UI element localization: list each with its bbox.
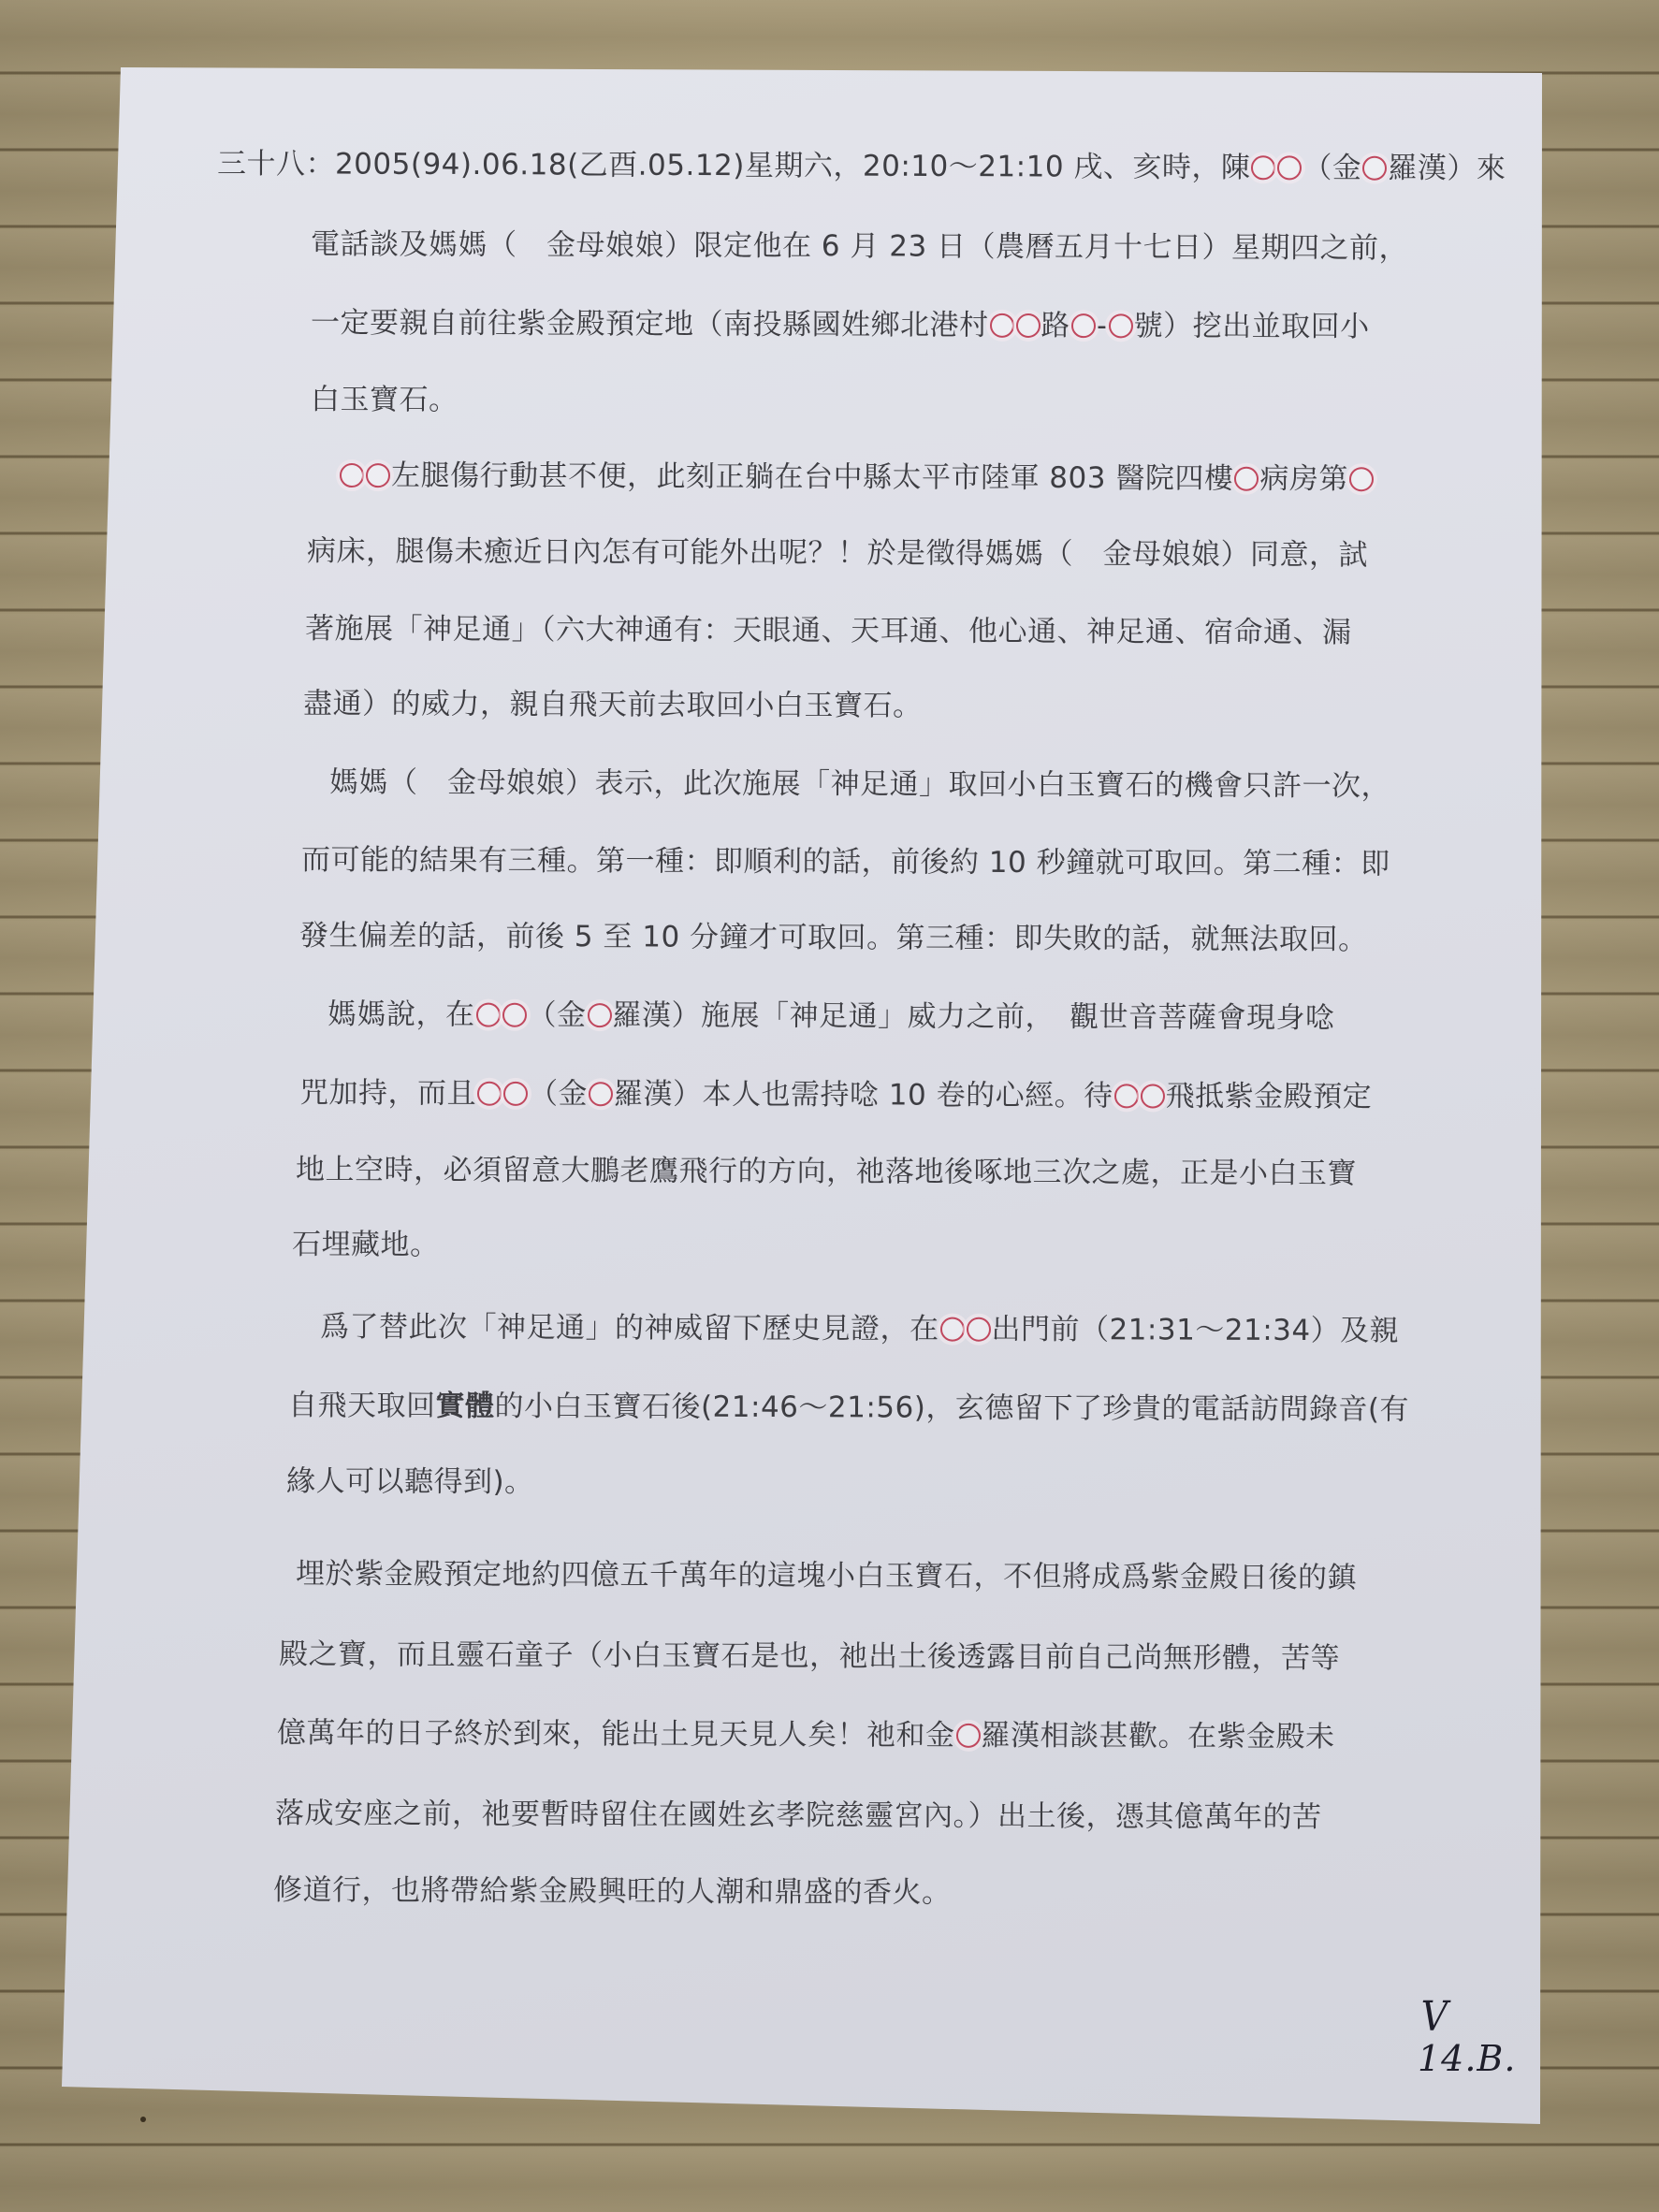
- handwritten-annotation: 14.B.: [1418, 2038, 1516, 2079]
- redaction-circle-icon: [955, 1724, 980, 1748]
- text-run: 億萬年的日子終於到來，能出土見天見人矣！祂和金: [277, 1716, 955, 1753]
- redaction-circle-icon: [366, 463, 390, 488]
- text-run: 石埋藏地。: [292, 1228, 440, 1262]
- text-run: -: [1097, 309, 1108, 342]
- redaction-circle-icon: [1141, 1084, 1165, 1108]
- text-run: 三十八：2005(94).06.18(乙酉.05.12)星期六，20:10～21…: [217, 147, 1251, 184]
- background-speck: [140, 2117, 146, 2122]
- paragraph-2-line-3: 著施展「神足通」（六大神通有：天眼通、天耳通、他心通、神足通、宿命通、漏: [305, 610, 1352, 651]
- text-run: 病床，腿傷未癒近日內怎有可能外出呢？！於是徵得媽媽（ 金母娘娘）同意，試: [307, 534, 1368, 572]
- paragraph-6-line-5: 修道行，也將帶給紫金殿興旺的人潮和鼎盛的香火。: [273, 1871, 952, 1912]
- text-run: 著施展「神足通」（六大神通有：天眼通、天耳通、他心通、神足通、宿命通、漏: [305, 612, 1352, 649]
- handwritten-check-mark: V: [1421, 1993, 1448, 2041]
- text-run: 路: [1041, 309, 1070, 342]
- redaction-circle-icon: [1234, 467, 1259, 491]
- redaction-circle-icon: [589, 1082, 613, 1106]
- text-run: 地上空時，必須留意大鵬老鷹飛行的方向，祂落地後啄地三次之處，正是小白玉寶: [296, 1153, 1357, 1190]
- paragraph-1-line-4: 白玉寶石。: [311, 381, 458, 419]
- paragraph-3-line-1: 媽媽（ 金母娘娘）表示，此次施展「神足通」取回小白玉寶石的機會只許一次，: [329, 764, 1390, 805]
- redaction-circle-icon: [477, 1082, 502, 1106]
- paragraph-6-line-1: 埋於紫金殿預定地約四億五千萬年的這塊小白玉寶石，不但將成爲紫金殿日後的鎮: [296, 1555, 1357, 1596]
- text-run: （金: [1302, 151, 1361, 184]
- text-run: （金: [527, 998, 586, 1032]
- redaction-circle-icon: [1251, 155, 1275, 180]
- text-run: 咒加持，而且: [299, 1076, 476, 1111]
- text-run: 盡通）的威力，親自飛天前去取回小白玉寶石。: [303, 687, 923, 723]
- text-run: 羅漢）來: [1388, 152, 1506, 185]
- text-run: 媽媽說，在: [327, 997, 475, 1032]
- text-run: 緣人可以聽得到)。: [286, 1464, 534, 1499]
- redaction-circle-icon: [340, 463, 364, 488]
- text-run: 電話談及媽媽（ 金母娘娘）限定他在 6 月 23 日（農曆五月十七日）星期四之前…: [311, 227, 1408, 266]
- text-run: 而可能的結果有三種。第一種：即順利的話，前後約 10 秒鐘就可取回。第二種：即: [301, 843, 1390, 880]
- redaction-circle-icon: [1071, 313, 1096, 338]
- text-run: 羅漢）本人也需持唸 10 卷的心經。待: [614, 1077, 1113, 1113]
- paragraph-4-line-3: 地上空時，必須留意大鵬老鷹飛行的方向，祂落地後啄地三次之處，正是小白玉寶: [296, 1151, 1357, 1192]
- text-run: 埋於紫金殿預定地約四億五千萬年的這塊小白玉寶石，不但將成爲紫金殿日後的鎮: [296, 1557, 1357, 1594]
- paragraph-2-line-4: 盡通）的威力，親自飛天前去取回小白玉寶石。: [303, 685, 923, 725]
- paragraph-5-line-3: 緣人可以聽得到)。: [286, 1463, 534, 1501]
- text-run: 發生偏差的話，前後 5 至 10 分鐘才可取回。第三種：即失敗的話，就無法取回。: [299, 919, 1368, 956]
- paragraph-5-line-2: 自飛天取回實體的小白玉寶石後(21:46～21:56)，玄德留下了珍貴的電話訪問…: [288, 1387, 1409, 1429]
- text-run: 左腿傷行動甚不便，此刻正躺在台中縣太平市陸軍 803 醫院四樓: [391, 458, 1234, 495]
- paragraph-1-line-3: 一定要親自前往紫金殿預定地（南投縣國姓鄉北港村路-號）挖出並取回小: [311, 304, 1370, 345]
- paragraph-3-line-2: 而可能的結果有三種。第一種：即順利的話，前後約 10 秒鐘就可取回。第二種：即: [301, 841, 1390, 882]
- paragraph-3-line-3: 發生偏差的話，前後 5 至 10 分鐘才可取回。第三種：即失敗的話，就無法取回。: [299, 917, 1368, 958]
- text-run: 出門前（21:31～21:34）及親: [991, 1313, 1399, 1348]
- paragraph-1-line-2: 電話談及媽媽（ 金母娘娘）限定他在 6 月 23 日（農曆五月十七日）星期四之前…: [311, 226, 1408, 268]
- redaction-circle-icon: [1015, 313, 1040, 338]
- text-run: 病房第: [1259, 462, 1348, 496]
- paragraph-4-line-4: 石埋藏地。: [292, 1226, 440, 1264]
- redaction-circle-icon: [989, 313, 1013, 338]
- text-run: 自飛天取回: [288, 1389, 436, 1423]
- text-run: 飛抵紫金殿預定: [1166, 1080, 1373, 1114]
- paragraph-4-line-1: 媽媽說，在（金羅漢）施展「神足通」威力之前， 觀世音菩薩會現身唸: [327, 996, 1335, 1037]
- paragraph-4-line-2: 咒加持，而且（金羅漢）本人也需持唸 10 卷的心經。待飛抵紫金殿預定: [299, 1074, 1372, 1115]
- paragraph-2-line-2: 病床，腿傷未癒近日內怎有可能外出呢？！於是徵得媽媽（ 金母娘娘）同意，試: [307, 532, 1368, 574]
- text-run: 的小白玉寶石後(21:46～21:56)，玄德留下了珍貴的電話訪問錄音(有: [494, 1390, 1409, 1427]
- bold-text-run: 實體: [435, 1390, 494, 1423]
- text-run: 一定要親自前往紫金殿預定地（南投縣國姓鄉北港村: [311, 306, 989, 342]
- text-run: 媽媽（ 金母娘娘）表示，此次施展「神足通」取回小白玉寶石的機會只許一次，: [329, 765, 1390, 803]
- redaction-circle-icon: [939, 1317, 964, 1342]
- paragraph-5-line-1: 爲了替此次「神足通」的神威留下歷史見證，在出門前（21:31～21:34）及親: [320, 1308, 1399, 1349]
- paragraph-6-line-3: 億萬年的日子終於到來，能出土見天見人矣！祂和金羅漢相談甚歡。在紫金殿未: [277, 1714, 1335, 1755]
- text-run: 白玉寶石。: [311, 383, 458, 417]
- text-run: 羅漢相談甚歡。在紫金殿未: [981, 1719, 1334, 1754]
- text-run: 殿之寶，而且靈石童子（小白玉寶石是也，祂出土後透露目前自己尚無形體，苦等: [279, 1637, 1340, 1675]
- redaction-circle-icon: [1362, 156, 1387, 181]
- text-run: 落成安座之前，祂要暫時留住在國姓玄孝院慈靈宮內。）出土後，憑其億萬年的苦: [275, 1797, 1322, 1834]
- redaction-circle-icon: [1277, 155, 1302, 180]
- text-run: （金: [529, 1077, 588, 1111]
- redaction-circle-icon: [1109, 313, 1133, 338]
- paragraph-1-line-1: 三十八：2005(94).06.18(乙酉.05.12)星期六，20:10～21…: [217, 145, 1506, 187]
- paragraph-2-line-1: 左腿傷行動甚不便，此刻正躺在台中縣太平市陸軍 803 醫院四樓病房第: [339, 457, 1375, 498]
- redaction-circle-icon: [587, 1003, 611, 1027]
- text-run: 修道行，也將帶給紫金殿興旺的人潮和鼎盛的香火。: [273, 1873, 952, 1910]
- paragraph-6-line-2: 殿之寶，而且靈石童子（小白玉寶石是也，祂出土後透露目前自己尚無形體，苦等: [279, 1636, 1340, 1677]
- paragraph-6-line-4: 落成安座之前，祂要暫時留住在國姓玄孝院慈靈宮內。）出土後，憑其億萬年的苦: [275, 1795, 1322, 1836]
- redaction-circle-icon: [1349, 467, 1374, 491]
- text-run: 羅漢）施展「神足通」威力之前， 觀世音菩薩會現身唸: [612, 998, 1334, 1035]
- redaction-circle-icon: [966, 1317, 990, 1342]
- text-run: 號）挖出並取回小: [1134, 309, 1370, 343]
- redaction-circle-icon: [475, 1003, 500, 1027]
- text-run: 爲了替此次「神足通」的神威留下歷史見證，在: [320, 1310, 939, 1346]
- redaction-circle-icon: [502, 1003, 526, 1027]
- redaction-circle-icon: [503, 1082, 528, 1106]
- redaction-circle-icon: [1114, 1084, 1139, 1108]
